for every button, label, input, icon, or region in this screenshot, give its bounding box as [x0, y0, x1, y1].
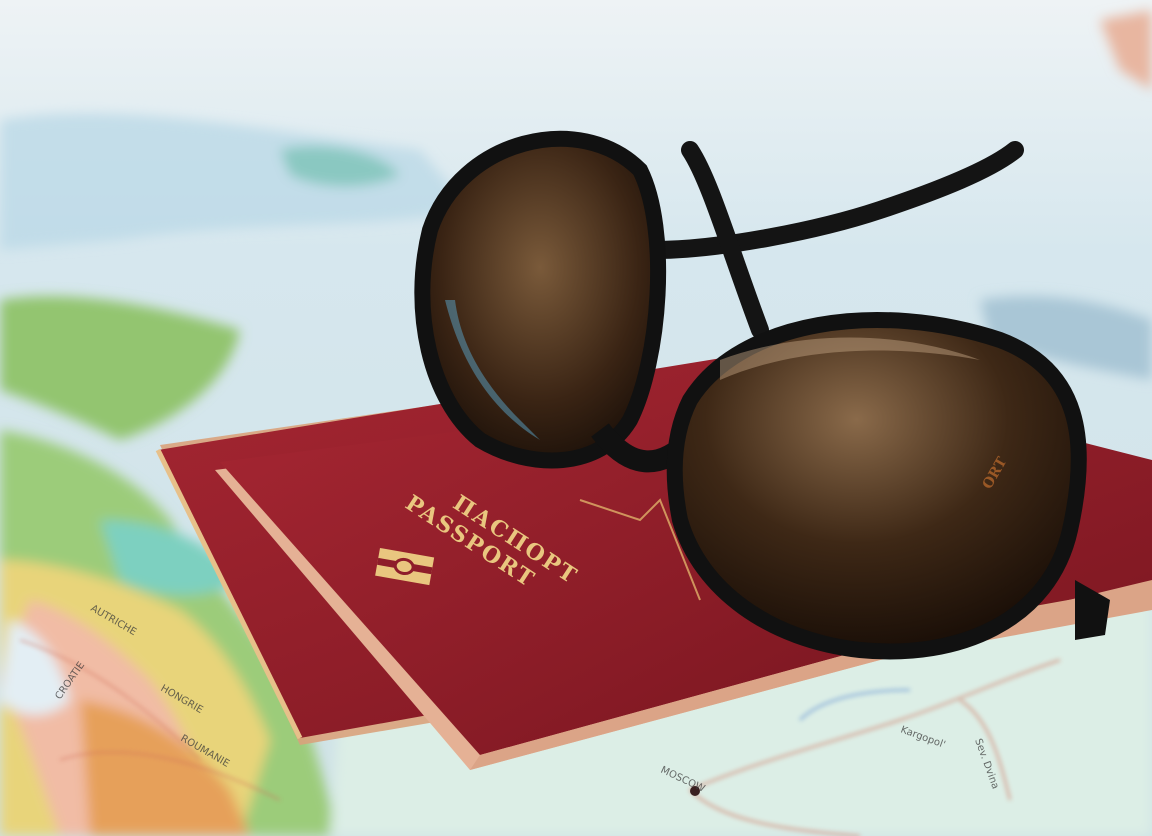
photo-scene: MOSCOW Kargopol' Sev. Dvina AUTRICHE HON… — [0, 0, 1152, 836]
photo-illustration: MOSCOW Kargopol' Sev. Dvina AUTRICHE HON… — [0, 0, 1152, 836]
